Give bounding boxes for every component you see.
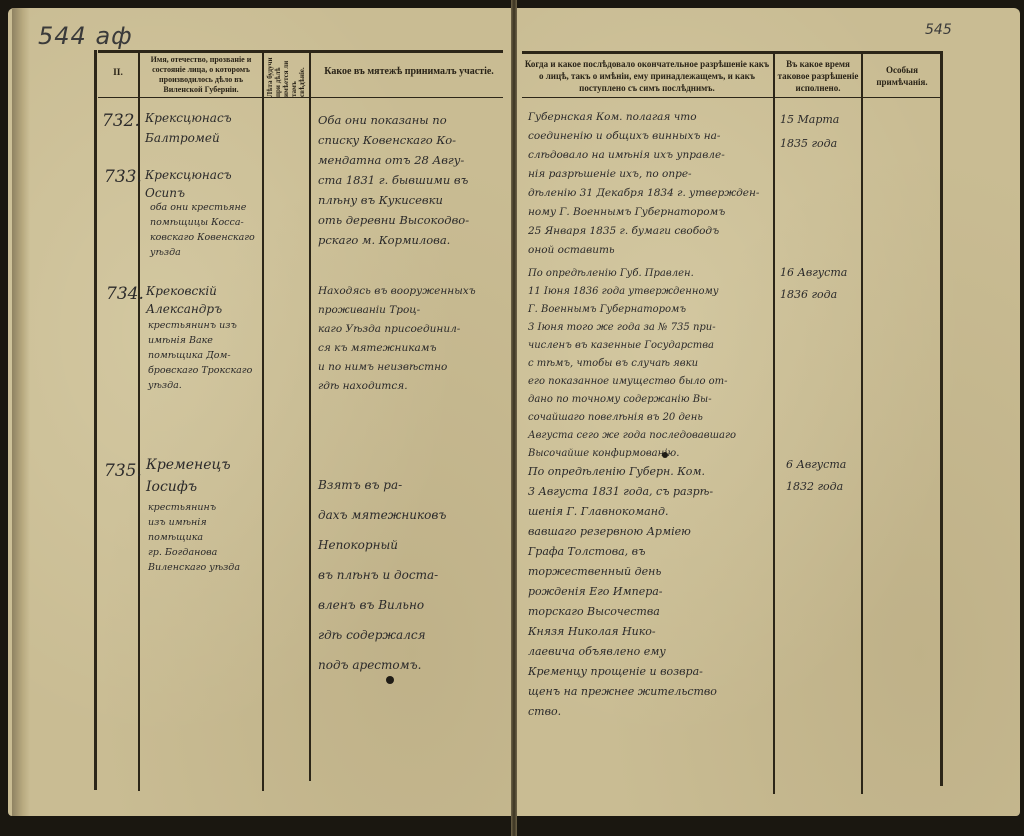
entry-executed-when: 6 Августа 1832 года	[786, 454, 861, 498]
header-executed-when: Въ какое время таковое разрѣшеніе исполн…	[776, 58, 860, 94]
ink-blot	[386, 676, 394, 684]
entry-number: 735.	[104, 462, 142, 481]
header-participation: Какое въ мятежѣ принималъ участіе.	[314, 66, 504, 77]
entry-name-note: крестьянинъ изъ имѣнія Ваке помѣщика Дом…	[148, 318, 263, 393]
entry-executed-when: 15 Марта 1835 года	[780, 108, 860, 156]
header-top-rule-right	[522, 51, 940, 54]
entry-resolution: Губернская Ком. полагая что соединенію и…	[528, 108, 773, 260]
header-years: Лѣта будучи при дѣлѣ имѣется ли тамъ свѣ…	[266, 55, 306, 97]
entry-participation: Взятъ въ ра- дахъ мятежниковъ Непокорный…	[318, 470, 508, 680]
col-divider-years	[309, 53, 311, 781]
entry-resolution: По опредѣленію Губ. Правлен. 11 Іюня 183…	[528, 265, 773, 463]
entry-number: 732.	[102, 112, 140, 131]
entry-name: Кременецъ Іосифъ	[146, 454, 261, 498]
entry-number: 733.	[104, 168, 142, 187]
header-remarks: Особыя примѣчанія.	[864, 64, 940, 88]
right-col-divider-resolution	[773, 54, 775, 794]
entry-resolution: По опредѣленію Губерн. Ком. 3 Августа 18…	[528, 462, 773, 722]
page-number-left: 544 аф	[38, 22, 133, 50]
header-name: Имя, отечество, прозваніе и состояніе ли…	[140, 55, 262, 95]
entry-participation: Находясь въ вооруженныхъ проживаніи Троц…	[318, 282, 508, 396]
col-divider-number	[138, 53, 140, 791]
book-gutter	[511, 0, 517, 836]
right-border-rule	[940, 51, 943, 786]
header-bottom-rule-right	[522, 97, 940, 98]
col-divider-name	[262, 53, 264, 791]
entry-number: 734.	[106, 285, 144, 304]
header-bottom-rule-left	[98, 97, 503, 98]
entry-participation: Оба они показаны по списку Ковенскаго Ко…	[318, 110, 508, 250]
entry-name-note: оба они крестьяне помѣщицы Косса- ковска…	[150, 200, 262, 260]
page-number-right: 545	[925, 22, 952, 38]
header-top-rule-left	[98, 50, 503, 53]
left-border-rule	[94, 50, 97, 790]
entry-name: Крексцюнасъ Осипъ	[145, 166, 260, 202]
right-col-divider-executed	[861, 54, 863, 794]
entry-name-note: крестьянинъ изъ имѣнія помѣщика гр. Богд…	[148, 500, 263, 575]
entry-name: Крековскій Александръ	[146, 282, 261, 318]
entry-name: Крексцюнасъ Балтромей	[145, 108, 260, 148]
ink-blot	[662, 452, 668, 458]
entry-executed-when: 16 Августа 1836 года	[780, 262, 860, 306]
header-number: II.	[100, 68, 136, 79]
ledger-book: 544 аф 545 II. Имя, отечество, прозваніе…	[0, 0, 1024, 836]
header-resolution: Когда и какое послѣдовало окончательное …	[522, 58, 772, 94]
